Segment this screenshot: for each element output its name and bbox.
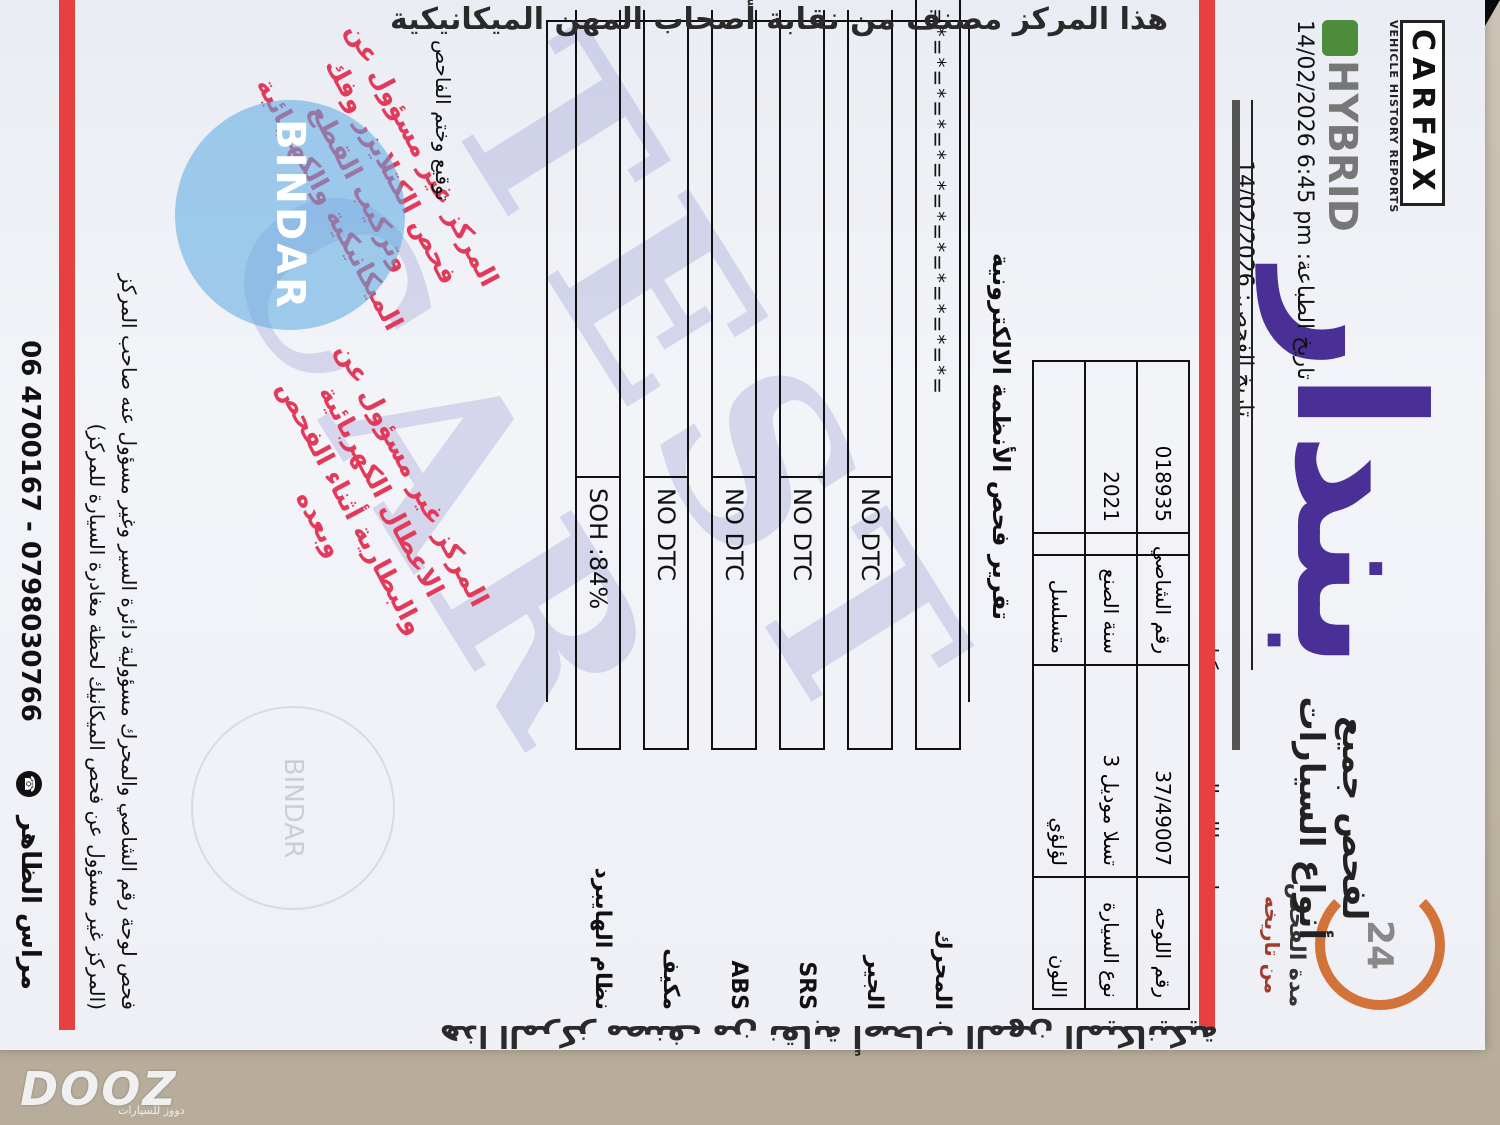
result-label: SRS xyxy=(794,840,819,1010)
classification-banner-bottom: هذا المركز مصنف من نقابة أصحاب المهن الم… xyxy=(440,1018,1218,1053)
footer-contact: مراس الظاهر ☎ 06 4700167 - 0798030766 xyxy=(15,340,45,990)
result-value: NO DTC xyxy=(711,476,757,750)
address: مراس الظاهر xyxy=(15,816,45,990)
serial-label: متسلسل xyxy=(1033,533,1085,665)
chassis-value: 018935 xyxy=(1137,361,1189,533)
embossed-seal: BINDAR xyxy=(191,706,395,910)
result-row-hybrid: نظام الهايبردSOH :84% xyxy=(557,10,625,1010)
year-value: 2021 xyxy=(1085,361,1137,533)
print-date-label: تاريخ الطباعة: xyxy=(1292,253,1317,380)
result-label: مكيف xyxy=(658,840,683,1010)
car-type-label: نوع السيارة xyxy=(1085,877,1137,1009)
result-value: SOH :84% xyxy=(575,476,621,750)
disclaimer-2: (المركز غير مسؤول عن فحص الميكانيك لحظة … xyxy=(81,20,113,1010)
table-row: سنة الصنع2021 xyxy=(1085,361,1137,665)
report-header: 24 مدة الفحص من تاريخه لفحص جميع أنواع ا… xyxy=(1155,0,1485,1050)
result-line xyxy=(779,10,825,480)
vehicle-info-table-left: رقم الشاصي018935 سنة الصنع2021 متسلسل xyxy=(1032,360,1190,666)
signature-label: توقيع وختم الفاحص xyxy=(431,40,455,201)
report-title: تقرير فحص الأنظمة الالكترونية xyxy=(987,253,1015,620)
result-row-abs: ABSNO DTC xyxy=(693,10,761,1010)
classification-banner-top: هذا المركز مصنف من نقابة أصحاب المهن الم… xyxy=(390,2,1168,37)
carfax-logo: CARFAX VEHICLE HISTORY REPORTS xyxy=(1387,20,1445,213)
table-row: متسلسل xyxy=(1033,361,1085,665)
dooz-watermark-subtitle: دووز للسيارات xyxy=(118,1104,185,1117)
tagline-line-2: أنواع السيارات xyxy=(1290,696,1333,940)
document-photo: 24 مدة الفحص من تاريخه لفحص جميع أنواع ا… xyxy=(0,0,1490,1050)
result-value: =*=*=*=*=*=*=*=*=*=*=*=*= xyxy=(915,0,961,750)
result-row-srs: SRSNO DTC xyxy=(761,10,829,1010)
carfax-wordmark: CARFAX xyxy=(1400,20,1445,206)
results-list: المحرك=*=*=*=*=*=*=*=*=*=*=*=*= الجيرNO … xyxy=(557,10,965,1010)
year-label: سنة الصنع xyxy=(1085,533,1137,665)
hybrid-logo: HYBRID xyxy=(1319,20,1365,232)
result-row-engine: المحرك=*=*=*=*=*=*=*=*=*=*=*=*= xyxy=(897,10,965,1010)
result-value: NO DTC xyxy=(847,476,893,750)
result-line xyxy=(575,10,621,480)
tagline-line-1: لفحص جميع xyxy=(1333,696,1376,940)
divider-red xyxy=(1199,0,1215,1030)
phone-numbers: 06 4700167 - 0798030766 xyxy=(15,340,45,722)
result-label: المحرك xyxy=(930,840,955,1010)
hybrid-h-icon xyxy=(1322,20,1358,56)
table-row: رقم الشاصي018935 xyxy=(1137,361,1189,665)
result-row-gear: الجيرNO DTC xyxy=(829,10,897,1010)
result-value: NO DTC xyxy=(643,476,689,750)
disclaimer-1: فحص لوحة رقم الشاصي والمحرك مسؤولية دائر… xyxy=(113,20,145,1010)
plate-label: رقم اللوحه xyxy=(1137,877,1189,1009)
result-row-ac: مكيفNO DTC xyxy=(625,10,693,1010)
chassis-label: رقم الشاصي xyxy=(1137,533,1189,665)
footer-disclaimers: فحص لوحة رقم الشاصي والمحرك مسؤولية دائر… xyxy=(81,20,145,1010)
print-date: تاريخ الطباعة: 14/02/2026 6:45 pm xyxy=(1292,20,1317,380)
serial-value xyxy=(1033,361,1085,533)
tagline: لفحص جميع أنواع السيارات xyxy=(1290,696,1375,940)
result-line xyxy=(643,10,689,480)
result-label: الجير xyxy=(862,840,887,1010)
bindar-blue-stamp: BINDAR xyxy=(175,100,405,330)
result-label: ABS xyxy=(726,840,751,1010)
carfax-subtitle: VEHICLE HISTORY REPORTS xyxy=(1387,20,1400,213)
divider-gray xyxy=(1232,100,1240,750)
badge-line-2: من تاريخه xyxy=(1260,880,1284,1010)
result-line xyxy=(847,10,893,480)
divider-thin xyxy=(1251,100,1253,670)
footer-red-bar xyxy=(59,0,75,1030)
result-line xyxy=(711,10,757,480)
hybrid-wordmark: HYBRID xyxy=(1319,60,1365,232)
result-value: NO DTC xyxy=(779,476,825,750)
print-date-value: 14/02/2026 6:45 pm xyxy=(1292,20,1317,246)
phone-icon: ☎ xyxy=(17,771,43,797)
result-label: نظام الهايبرد xyxy=(590,840,615,1010)
inspection-report-paper: 24 مدة الفحص من تاريخه لفحص جميع أنواع ا… xyxy=(0,0,1485,1050)
